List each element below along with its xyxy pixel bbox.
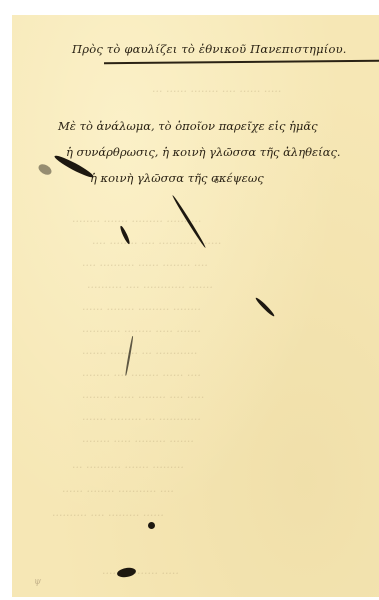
bleed-through-text: ··· ······ ········ ···· ······ ····· — [12, 85, 379, 98]
bleed-through-text: ········ ······· ········· ·········· — [12, 215, 379, 228]
bleed-through-text: ··········· ········ ····· ······· — [12, 325, 379, 338]
bleed-through-text: ········ ···· ········ ······ ···· — [12, 369, 379, 382]
bleed-through-text: ········ ····· ········· ······· — [12, 435, 379, 448]
manuscript-line-3: ἡ κοινὴ γλῶσσα τῆς σκέψεως — [90, 171, 264, 185]
manuscript-line-2: ἡ συνάρθρωσις, ἡ κοινὴ γλῶσσα τῆς ἀληθεί… — [66, 145, 341, 159]
ink-smudge — [37, 162, 54, 177]
bleed-through-text: ······· ········ ··· ············ — [12, 347, 379, 360]
manuscript-line-1: Μὲ τὸ ἀνάλωμα, τὸ ὁποῖον παρεῖχε εἰς ἡμᾶ… — [58, 119, 318, 133]
title-underline — [104, 60, 379, 64]
bleed-through-text: ···· ········ ···· ··········· ······ — [12, 237, 379, 250]
bleed-through-text: ··· ·········· ······· ········· — [12, 461, 379, 474]
circle-mark: o — [214, 176, 219, 185]
manuscript-page: ··· ······ ········ ···· ······ ····· ··… — [12, 15, 379, 597]
bleed-through-text: ·········· ···· ············ ······· — [12, 281, 379, 294]
bleed-through-text: ········ ······ ········ ···· ····· — [12, 391, 379, 404]
bleed-through-text: ······· ········ ····· — [12, 567, 379, 580]
bleed-through-text: ······· ········· ··· ············ — [12, 413, 379, 426]
bleed-through-text: ······ ········ ········· ········ — [12, 303, 379, 316]
ink-dot — [148, 522, 155, 529]
bleed-through-text: ···· ·········· ······ ········ ···· — [12, 259, 379, 272]
manuscript-title: Πρὸς τὸ φαυλίζει τὸ ἐθνικοῦ Πανεπιστημίο… — [72, 42, 347, 56]
bleed-through-text: ······ ········ ··········· ···· — [12, 485, 379, 498]
bleed-through-text: ·········· ···· ········· ······ — [12, 509, 379, 522]
margin-note: ψ — [34, 577, 41, 587]
